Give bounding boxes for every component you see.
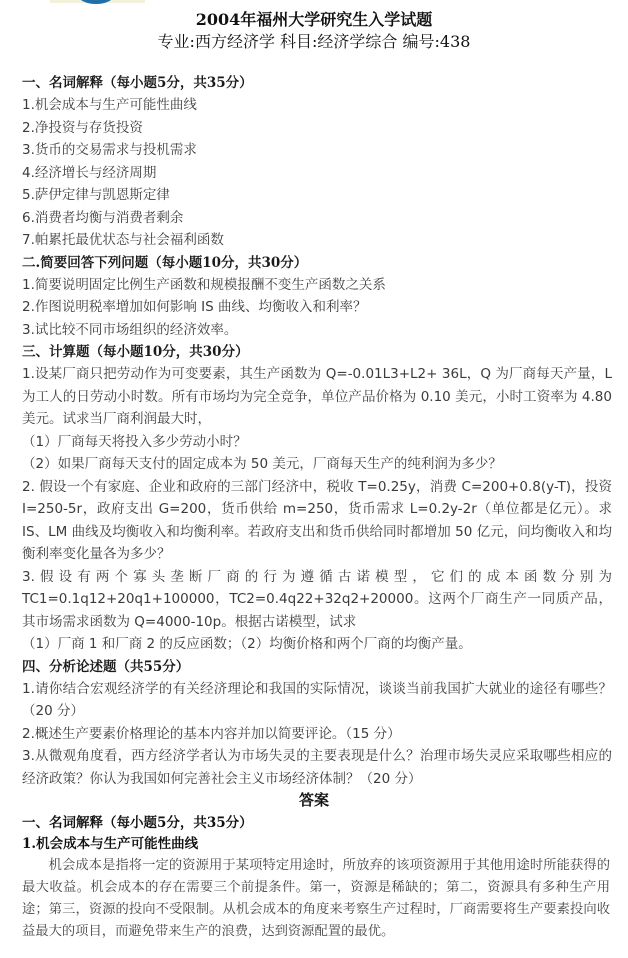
list-item: 3.试比较不同市场组织的经济效率。: [22, 319, 612, 342]
list-item: 7.帕累托最优状态与社会福利函数: [22, 229, 612, 252]
list-item: 2.净投资与存货投资: [22, 117, 612, 140]
question-paragraph: 2.概述生产要素价格理论的基本内容并加以简要评论。（15 分）: [22, 723, 612, 746]
question-paragraph: 1.设某厂商只把劳动作为可变要素，其生产函数为 Q=-0.01L3+L2+ 36…: [22, 363, 612, 431]
section-heading: 一、名词解释（每小题5分，共35分）: [22, 72, 612, 94]
question-subitem: （1）厂商每天将投入多少劳动小时？: [22, 431, 612, 454]
question-paragraph: 3.从微观角度看，西方经济学者认为市场失灵的主要表现是什么？治理市场失灵应采取哪…: [22, 745, 612, 790]
answer-item-title: 1.机会成本与生产可能性曲线: [22, 834, 610, 855]
question-paragraph: 2. 假设一个有家庭、企业和政府的三部门经济中，税收 T=0.25y，消费 C=…: [22, 476, 612, 566]
answers-heading: 一、名词解释（每小题5分，共35分）: [22, 813, 610, 834]
list-item: 3.货币的交易需求与投机需求: [22, 139, 612, 162]
answers-section: 一、名词解释（每小题5分，共35分） 1.机会成本与生产可能性曲线 机会成本是指…: [22, 813, 610, 943]
question-paragraph: 1.请你结合宏观经济学的有关经济理论和我国的实际情况，谈谈当前我国扩大就业的途径…: [22, 678, 612, 723]
section-heading: 四、分析论述题（共55分）: [22, 656, 612, 678]
section-heading: 三、计算题（每小题10分，共30分）: [22, 341, 612, 363]
section-heading: 二.简要回答下列问题（每小题10分，共30分）: [22, 252, 612, 274]
list-item: 6.消费者均衡与消费者剩余: [22, 207, 612, 230]
question-subitem: （2）如果厂商每天支付的固定成本为 50 美元，厂商每天生产的纯利润为多少？: [22, 453, 612, 476]
answers-title: 答案: [0, 789, 628, 810]
page-subtitle: 专业:西方经济学 科目:经济学综合 编号:438: [0, 29, 628, 52]
question-paragraph: 3.假设有两个寡头垄断厂商的行为遵循古诺模型，它们的成本函数分别为 TC1=0.…: [22, 566, 612, 634]
page-title: 2004年福州大学研究生入学试题: [0, 7, 628, 30]
answer-paragraph: 机会成本是指将一定的资源用于某项特定用途时，所放弃的该项资源用于其他用途时所能获…: [22, 855, 610, 943]
list-item: 5.萨伊定律与凯恩斯定律: [22, 184, 612, 207]
list-item: 2.作图说明税率增加如何影响 IS 曲线、均衡收入和利率？: [22, 296, 612, 319]
exam-questions: 一、名词解释（每小题5分，共35分） 1.机会成本与生产可能性曲线 2.净投资与…: [22, 72, 612, 790]
list-item: 1.机会成本与生产可能性曲线: [22, 94, 612, 117]
list-item: 4.经济增长与经济周期: [22, 162, 612, 185]
question-subitem: （1）厂商 1 和厂商 2 的反应函数；（2）均衡价格和两个厂商的均衡产量。: [22, 633, 612, 656]
list-item: 1.简要说明固定比例生产函数和规模报酬不变生产函数之关系: [22, 274, 612, 297]
